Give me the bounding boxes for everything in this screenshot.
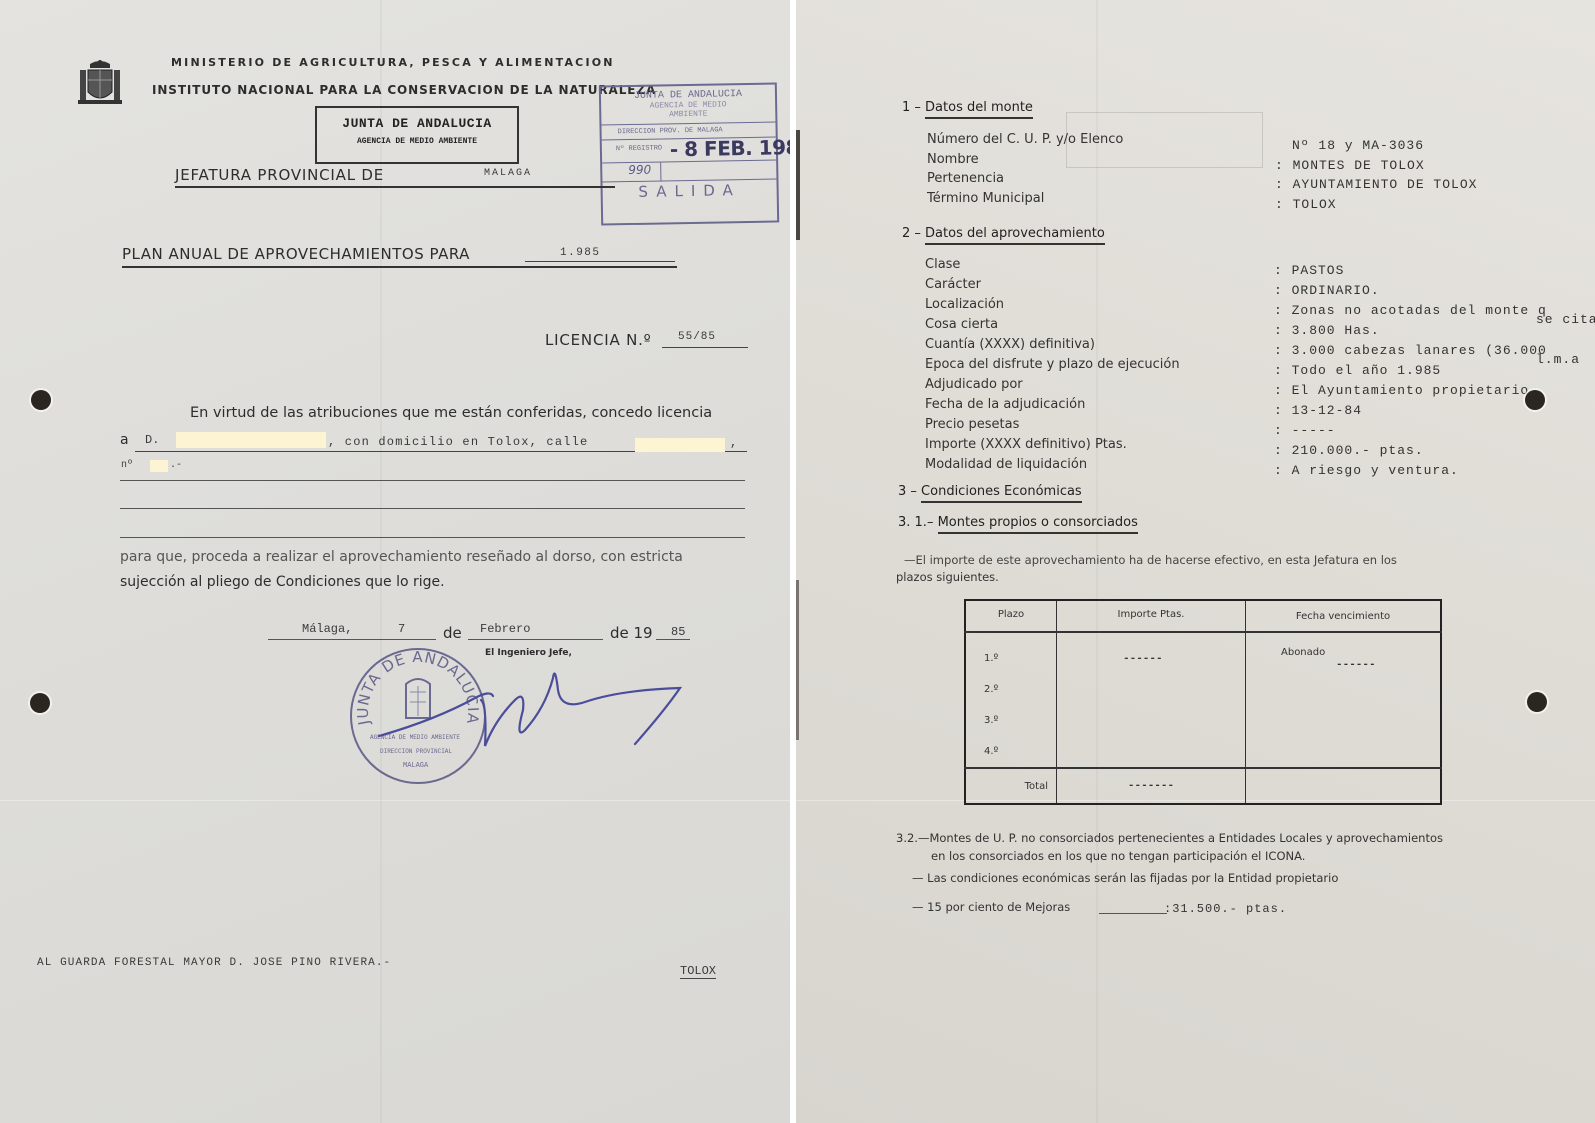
addressee-town: TOLOX xyxy=(680,964,716,979)
closing-text-line-2: sujección al pliego de Condiciones que l… xyxy=(120,574,445,590)
coat-of-arms-icon xyxy=(76,58,124,108)
plazo-number: 2.º xyxy=(984,684,998,695)
jefatura-label: JEFATURA PROVINCIAL DE xyxy=(175,166,384,184)
stamp-line-1: JUNTA DE ANDALUCIA xyxy=(317,116,517,131)
seal-line-3: MALAGA xyxy=(403,762,428,770)
aprovechamiento-field-label: Fecha de la adjudicación xyxy=(925,397,1085,412)
section-2-number: 2 – xyxy=(902,226,921,241)
section-3-1-text-1: —El importe de este aprovechamiento ha d… xyxy=(904,553,1397,567)
section-3-title: Condiciones Económicas xyxy=(921,484,1082,503)
section-3-1-heading: 3. 1.– Montes propios o consorciados xyxy=(898,515,1138,530)
redacted-street-number xyxy=(150,460,168,472)
monte-field-label: Pertenencia xyxy=(927,171,1004,186)
plazo-number: 4.º xyxy=(984,746,998,757)
aprovechamiento-field-label: Clase xyxy=(925,257,960,272)
section-3-number: 3 – xyxy=(898,484,917,499)
salida-stamp-date: - 8 FEB. 1985 xyxy=(670,135,790,161)
junta-andalucia-box-stamp: JUNTA DE ANDALUCIA AGENCIA DE MEDIO AMBI… xyxy=(315,106,519,164)
jefatura-value: MALAGA xyxy=(484,168,532,179)
section-1-title: Datos del monte xyxy=(925,100,1033,119)
aprovechamiento-field-label: Adjudicado por xyxy=(925,377,1023,392)
aprovechamiento-field-value-continuation: l.m.a xyxy=(1536,352,1580,367)
section-1-number: 1 – xyxy=(902,100,921,115)
licencia-number: 55/85 xyxy=(678,331,716,343)
punch-hole xyxy=(1527,692,1547,712)
ministry-heading: MINISTERIO DE AGRICULTURA, PESCA Y ALIME… xyxy=(171,56,615,69)
section-1-heading: 1 – Datos del monte xyxy=(902,100,1033,115)
jefatura-underline xyxy=(175,186,615,188)
monte-field-value: : TOLOX xyxy=(1275,197,1337,212)
aprovechamiento-field-value: : 210.000.- ptas. xyxy=(1274,443,1424,458)
salida-stamp-number: 990 xyxy=(628,163,651,177)
addressee-line: AL GUARDA FORESTAL MAYOR D. JOSE PINO RI… xyxy=(37,957,391,969)
date-year: 85 xyxy=(671,625,685,639)
redacted-recipient-name xyxy=(176,432,326,448)
col-header-importe: Importe Ptas. xyxy=(1057,600,1246,632)
licencia-underline xyxy=(662,347,748,348)
section-3-2-bullet-2-label: — 15 por ciento de Mejoras xyxy=(912,900,1070,914)
aprovechamiento-field-value: : 3.000 cabezas lanares (36.000 xyxy=(1274,343,1547,358)
aprovechamiento-field-label: Cosa cierta xyxy=(925,317,998,332)
monte-field-label: Nombre xyxy=(927,152,979,167)
section-3-1-text-2: plazos siguientes. xyxy=(896,570,999,584)
aprovechamiento-field-label: Precio pesetas xyxy=(925,417,1019,432)
aprovechamiento-field-label: Epoca del disfrute y plazo de ejecución xyxy=(925,357,1180,372)
date-de-1: de xyxy=(443,624,462,642)
paper-fold xyxy=(0,800,790,801)
col-header-plazo: Plazo xyxy=(965,600,1057,632)
aprovechamiento-field-label: Carácter xyxy=(925,277,981,292)
recipient-address-text: , con domicilio en Tolox, calle xyxy=(328,435,588,449)
page-edge-shadow xyxy=(796,130,800,240)
recipient-address-end: , xyxy=(730,436,737,450)
section-3-2-line-1: 3.2.—Montes de U. P. no consorciados per… xyxy=(896,831,1443,845)
section-3-2-line-2: en los consorciados en los que no tengan… xyxy=(931,849,1305,863)
plan-label: PLAN ANUAL DE APROVECHAMIENTOS PARA xyxy=(122,245,470,263)
aprovechamiento-field-label: Importe (XXXX definitivo) Ptas. xyxy=(925,437,1127,452)
section-3-1-number: 3. 1.– xyxy=(898,515,933,530)
punch-hole xyxy=(1525,390,1545,410)
aprovechamiento-field-value: : Todo el año 1.985 xyxy=(1274,363,1441,378)
blank-line-1 xyxy=(120,480,745,481)
aprovechamiento-field-value: : 13-12-84 xyxy=(1274,403,1362,418)
plazo-number: 3.º xyxy=(984,715,998,726)
monte-field-value: : AYUNTAMIENTO DE TOLOX xyxy=(1275,177,1477,192)
aprovechamiento-field-value: : A riesgo y ventura. xyxy=(1274,463,1459,478)
blank-line-3 xyxy=(120,537,745,538)
plan-underline xyxy=(122,266,677,268)
plazo-cells: 1.º2.º3.º4.º xyxy=(965,632,1057,768)
section-2-title: Datos del aprovechamiento xyxy=(925,226,1105,245)
fecha-cells: Abonado ------ xyxy=(1246,632,1442,768)
aprovechamiento-field-value: : Zonas no acotadas del monte q xyxy=(1274,303,1547,318)
date-day: 7 xyxy=(398,622,405,636)
aprovechamiento-field-label: Cuantía (XXXX) definitiva) xyxy=(925,337,1095,352)
recipient-prefix: a xyxy=(120,432,129,448)
plan-year-value: 1.985 xyxy=(560,247,601,259)
section-3-2-bullet-2-value: :31.500.- ptas. xyxy=(1164,902,1287,916)
aprovechamiento-field-value: : ----- xyxy=(1274,423,1336,438)
total-importe: ------- xyxy=(1057,768,1246,804)
col-header-fecha: Fecha vencimiento xyxy=(1246,600,1442,632)
recipient-title: D. xyxy=(145,433,159,447)
section-3-1-title: Montes propios o consorciados xyxy=(938,515,1138,534)
salida-stamp-footer: SALIDA xyxy=(603,180,777,201)
date-place: Málaga, xyxy=(302,622,352,636)
institute-heading: INSTITUTO NACIONAL PARA LA CONSERVACION … xyxy=(152,83,656,97)
importe-value-1: ------ xyxy=(1123,653,1163,665)
redacted-street-name xyxy=(635,438,725,452)
aprovechamiento-field-value-continuation: se cita xyxy=(1536,312,1595,327)
section-3-heading: 3 – Condiciones Económicas xyxy=(898,484,1082,499)
monte-field-label: Término Municipal xyxy=(927,191,1044,206)
license-back-page: 1 – Datos del monte Número del C. U. P. … xyxy=(796,0,1595,1123)
handwritten-signature-icon xyxy=(375,660,695,760)
aprovechamiento-field-label: Localización xyxy=(925,297,1004,312)
date-de-2: de 19 xyxy=(610,624,653,642)
blank-line-2 xyxy=(120,508,745,509)
date-year-line xyxy=(656,639,690,640)
importe-cells: ------ xyxy=(1057,632,1246,768)
aprovechamiento-field-value: : 3.800 Has. xyxy=(1274,323,1380,338)
aprovechamiento-field-value: : PASTOS xyxy=(1274,263,1344,278)
aprovechamiento-field-label: Modalidad de liquidación xyxy=(925,457,1087,472)
punch-hole xyxy=(30,693,50,713)
aprovechamiento-field-value: : El Ayuntamiento propietario. xyxy=(1274,383,1538,398)
date-place-line xyxy=(268,639,436,640)
salida-stamp-line-4: DIRECCION PROV. DE MALAGA xyxy=(601,122,775,136)
monte-field-label: Número del C. U. P. y/o Elenco xyxy=(927,132,1123,147)
monte-field-value: Nº 18 y MA-3036 xyxy=(1292,138,1424,153)
section-3-2-bullet-1: — Las condiciones económicas serán las f… xyxy=(912,871,1338,885)
license-front-page: MINISTERIO DE AGRICULTURA, PESCA Y ALIME… xyxy=(0,0,790,1123)
fecha-value-1: Abonado xyxy=(1281,647,1325,658)
punch-hole xyxy=(31,390,51,410)
date-month-line xyxy=(468,639,603,640)
monte-field-value: : MONTES DE TOLOX xyxy=(1275,158,1425,173)
fecha-value-1-dash: ------ xyxy=(1336,659,1376,671)
salida-stamp-line-3: AMBIENTE xyxy=(601,108,775,120)
signer-title: El Ingeniero Jefe, xyxy=(485,648,572,658)
total-label: Total xyxy=(965,768,1057,804)
license-intro-text: En virtud de las atribuciones que me est… xyxy=(190,405,712,421)
section-2-heading: 2 – Datos del aprovechamiento xyxy=(902,226,1105,241)
licencia-label: LICENCIA N.º xyxy=(545,331,652,349)
closing-text-line-1: para que, proceda a realizar el aprovech… xyxy=(120,549,683,565)
page-edge-shadow xyxy=(796,580,799,740)
plazo-number: 1.º xyxy=(984,653,998,664)
salida-registro-label: Nº REGISTRO xyxy=(616,144,662,153)
street-number-end: .- xyxy=(170,460,182,471)
total-fecha xyxy=(1246,768,1442,804)
mejoras-leader-line xyxy=(1099,913,1167,914)
payment-schedule-table: Plazo Importe Ptas. Fecha vencimiento 1.… xyxy=(964,599,1442,805)
street-number-label: nº xyxy=(121,460,133,471)
date-month: Febrero xyxy=(480,622,530,636)
salida-registration-stamp: JUNTA DE ANDALUCIA AGENCIA DE MEDIO AMBI… xyxy=(599,82,779,225)
stamp-line-2: AGENCIA DE MEDIO AMBIENTE xyxy=(317,137,517,146)
plan-value-line xyxy=(525,261,675,262)
aprovechamiento-field-value: : ORDINARIO. xyxy=(1274,283,1380,298)
